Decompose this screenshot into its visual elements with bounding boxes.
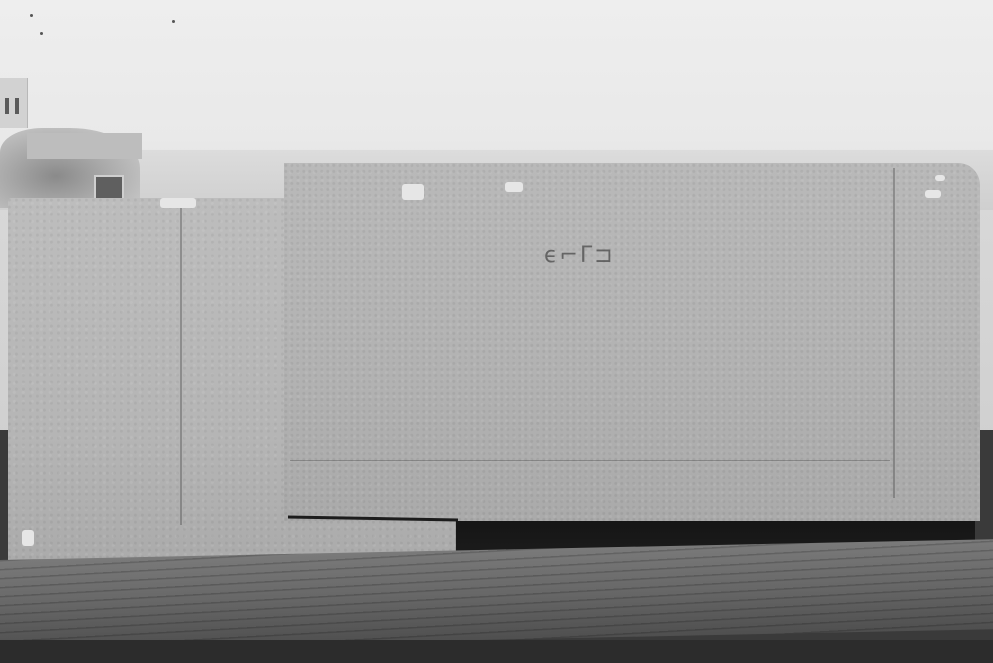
stone-inscription: ϵ⌐Γ⊐ <box>544 243 615 268</box>
building-window <box>5 98 9 114</box>
stone-chip <box>925 190 941 198</box>
photograph: ϵ⌐Γ⊐ <box>0 0 993 663</box>
film-speck <box>172 20 175 23</box>
stone-chip <box>935 175 945 181</box>
distant-building <box>0 78 28 128</box>
stone-chip <box>505 182 523 192</box>
stone-chip <box>160 198 196 208</box>
film-speck <box>30 14 33 17</box>
ground-below-beam <box>0 640 993 663</box>
building-window <box>15 98 19 114</box>
film-speck <box>40 32 43 35</box>
stone-seam <box>180 205 182 525</box>
stone-block-main-face <box>284 163 980 521</box>
distant-wall <box>27 133 142 159</box>
stone-seam <box>893 168 895 498</box>
stone-chip <box>402 184 424 200</box>
stone-seam <box>290 460 890 461</box>
stone-chip <box>22 530 34 546</box>
